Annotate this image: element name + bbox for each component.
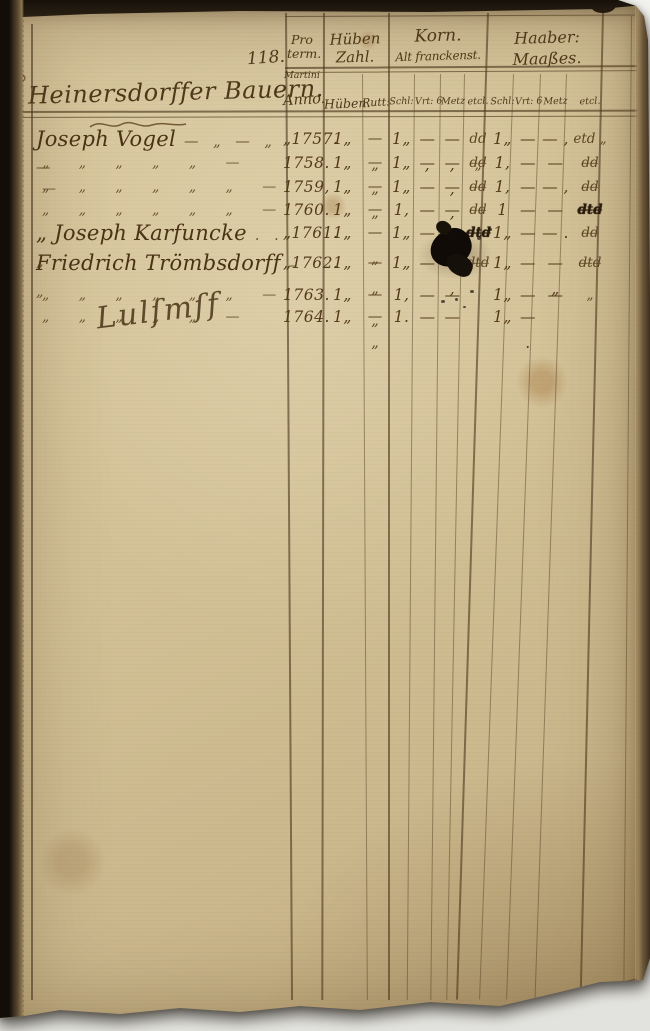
ink-speck — [489, 228, 492, 231]
page-stack-right-edge — [635, 0, 650, 1010]
ledger-book-page: 118. Pro term. Martini Anno. Hüben Zahl.… — [0, 0, 650, 1031]
ink-speck — [463, 306, 466, 308]
ledger-cell: d̶d̶ — [466, 150, 490, 176]
subcolumn-label: Vrt: 6 — [415, 96, 440, 108]
ink-speck — [470, 290, 474, 293]
ledger-cell: 1„ — [490, 304, 515, 330]
header-rule — [285, 70, 637, 73]
ledger-cell: d̶d̶ — [571, 150, 609, 176]
subcolumn-label: etcl. — [466, 96, 490, 108]
ledger-cell: 1„ — [324, 304, 361, 330]
subcolumn-label: Hüben. — [324, 95, 362, 111]
ledger-cell: — — [441, 304, 464, 330]
ledger-cell: — — [515, 250, 541, 276]
ledger-cell: „1757. — [283, 126, 325, 152]
ledger-cell: 1„ — [490, 126, 515, 152]
ledger-cell: 1„ — [324, 126, 361, 152]
group-title-hueben-1: Hüben — [322, 29, 388, 49]
ink-speck — [441, 300, 445, 303]
ledger-cell: 1764. — [283, 304, 325, 330]
scanned-ledger-page: 118. Pro term. Martini Anno. Hüben Zahl.… — [0, 0, 650, 1031]
ledger-cell: 1758. — [283, 150, 325, 176]
ledger-cell: d̶d̶ — [571, 220, 609, 246]
farmer-name: Joseph Vogel — [36, 127, 176, 151]
subcolumn-label: etcl. — [571, 95, 609, 107]
ledger-cell: 1„ — [389, 150, 414, 176]
folio-number: 118. — [246, 47, 285, 70]
group-title-korn-2: Alt franckenst. — [386, 48, 490, 65]
ledger-cell: — . — [542, 220, 569, 246]
section-title: Heinersdorffer Bauern. — [28, 74, 324, 109]
group-title-korn-1: Korn. — [388, 25, 489, 48]
group-title-haaber-1: Haaber: — [487, 26, 607, 48]
book-shadow-wrap: 118. Pro term. Martini Anno. Hüben Zahl.… — [0, 0, 650, 1031]
subcolumn-label: Metz — [441, 96, 464, 108]
ledger-cell: — — [515, 220, 541, 246]
ledger-row: Friedrich Trömbsdorff– „„1762.1„— „1„—— … — [0, 250, 650, 278]
ledger-cell: „1762. — [283, 250, 325, 276]
ledger-cell: 1„ — [324, 250, 361, 276]
subcolumn-label: Schl: — [490, 96, 515, 108]
ink-speck — [455, 298, 458, 301]
ledger-cell: 1. — [389, 304, 414, 330]
corner-fold-shade — [500, 972, 650, 1017]
subcolumn-label: Rutt: — [362, 96, 388, 110]
ledger-cell: — , — [542, 126, 569, 152]
ledger-cell: — . — [515, 304, 541, 356]
corner-fold-crease — [502, 978, 637, 1008]
ledger-row: „ Joseph Karfuncke. . „„1761.1„— „1„—d̶t… — [0, 220, 650, 248]
farmer-name: Friedrich Trömbsdorff — [36, 251, 281, 275]
ledger-cell: — — [415, 304, 440, 330]
ledger-cell: — — [515, 126, 541, 152]
ledger-cell: 1, — [490, 150, 515, 176]
ledger-cell: „1761. — [283, 220, 325, 246]
term-column-line-2: term. — [287, 46, 321, 61]
ledger-cell: — „ — [362, 304, 388, 356]
ledger-cell: d̶t̶d̶ — [571, 250, 609, 276]
ledger-cell: — — [542, 150, 569, 176]
header-rule — [285, 14, 635, 17]
ledger-cell: 1„ — [324, 220, 361, 246]
subcolumn-label: Metz — [542, 96, 569, 108]
ledger-cell: — — [415, 150, 440, 176]
ledger-cell: — — [515, 150, 541, 176]
ledger-cell: etd „ — [571, 126, 609, 152]
farmer-name: „ Joseph Karfuncke — [36, 221, 247, 245]
subcolumn-label: Vrt: 6 — [515, 96, 541, 108]
group-title-hueben-2: Zahl. — [322, 47, 388, 67]
subcolumn-label: Schl: — [389, 96, 414, 108]
term-column-line-1: Pro — [291, 32, 313, 47]
ledger-cell: 1„ — [389, 126, 414, 152]
ink-speck — [477, 236, 481, 240]
book-binding-left — [0, 0, 24, 1020]
ledger-cell: 1„ — [324, 150, 361, 176]
group-title-haaber-2: Maaßes. — [487, 47, 607, 69]
